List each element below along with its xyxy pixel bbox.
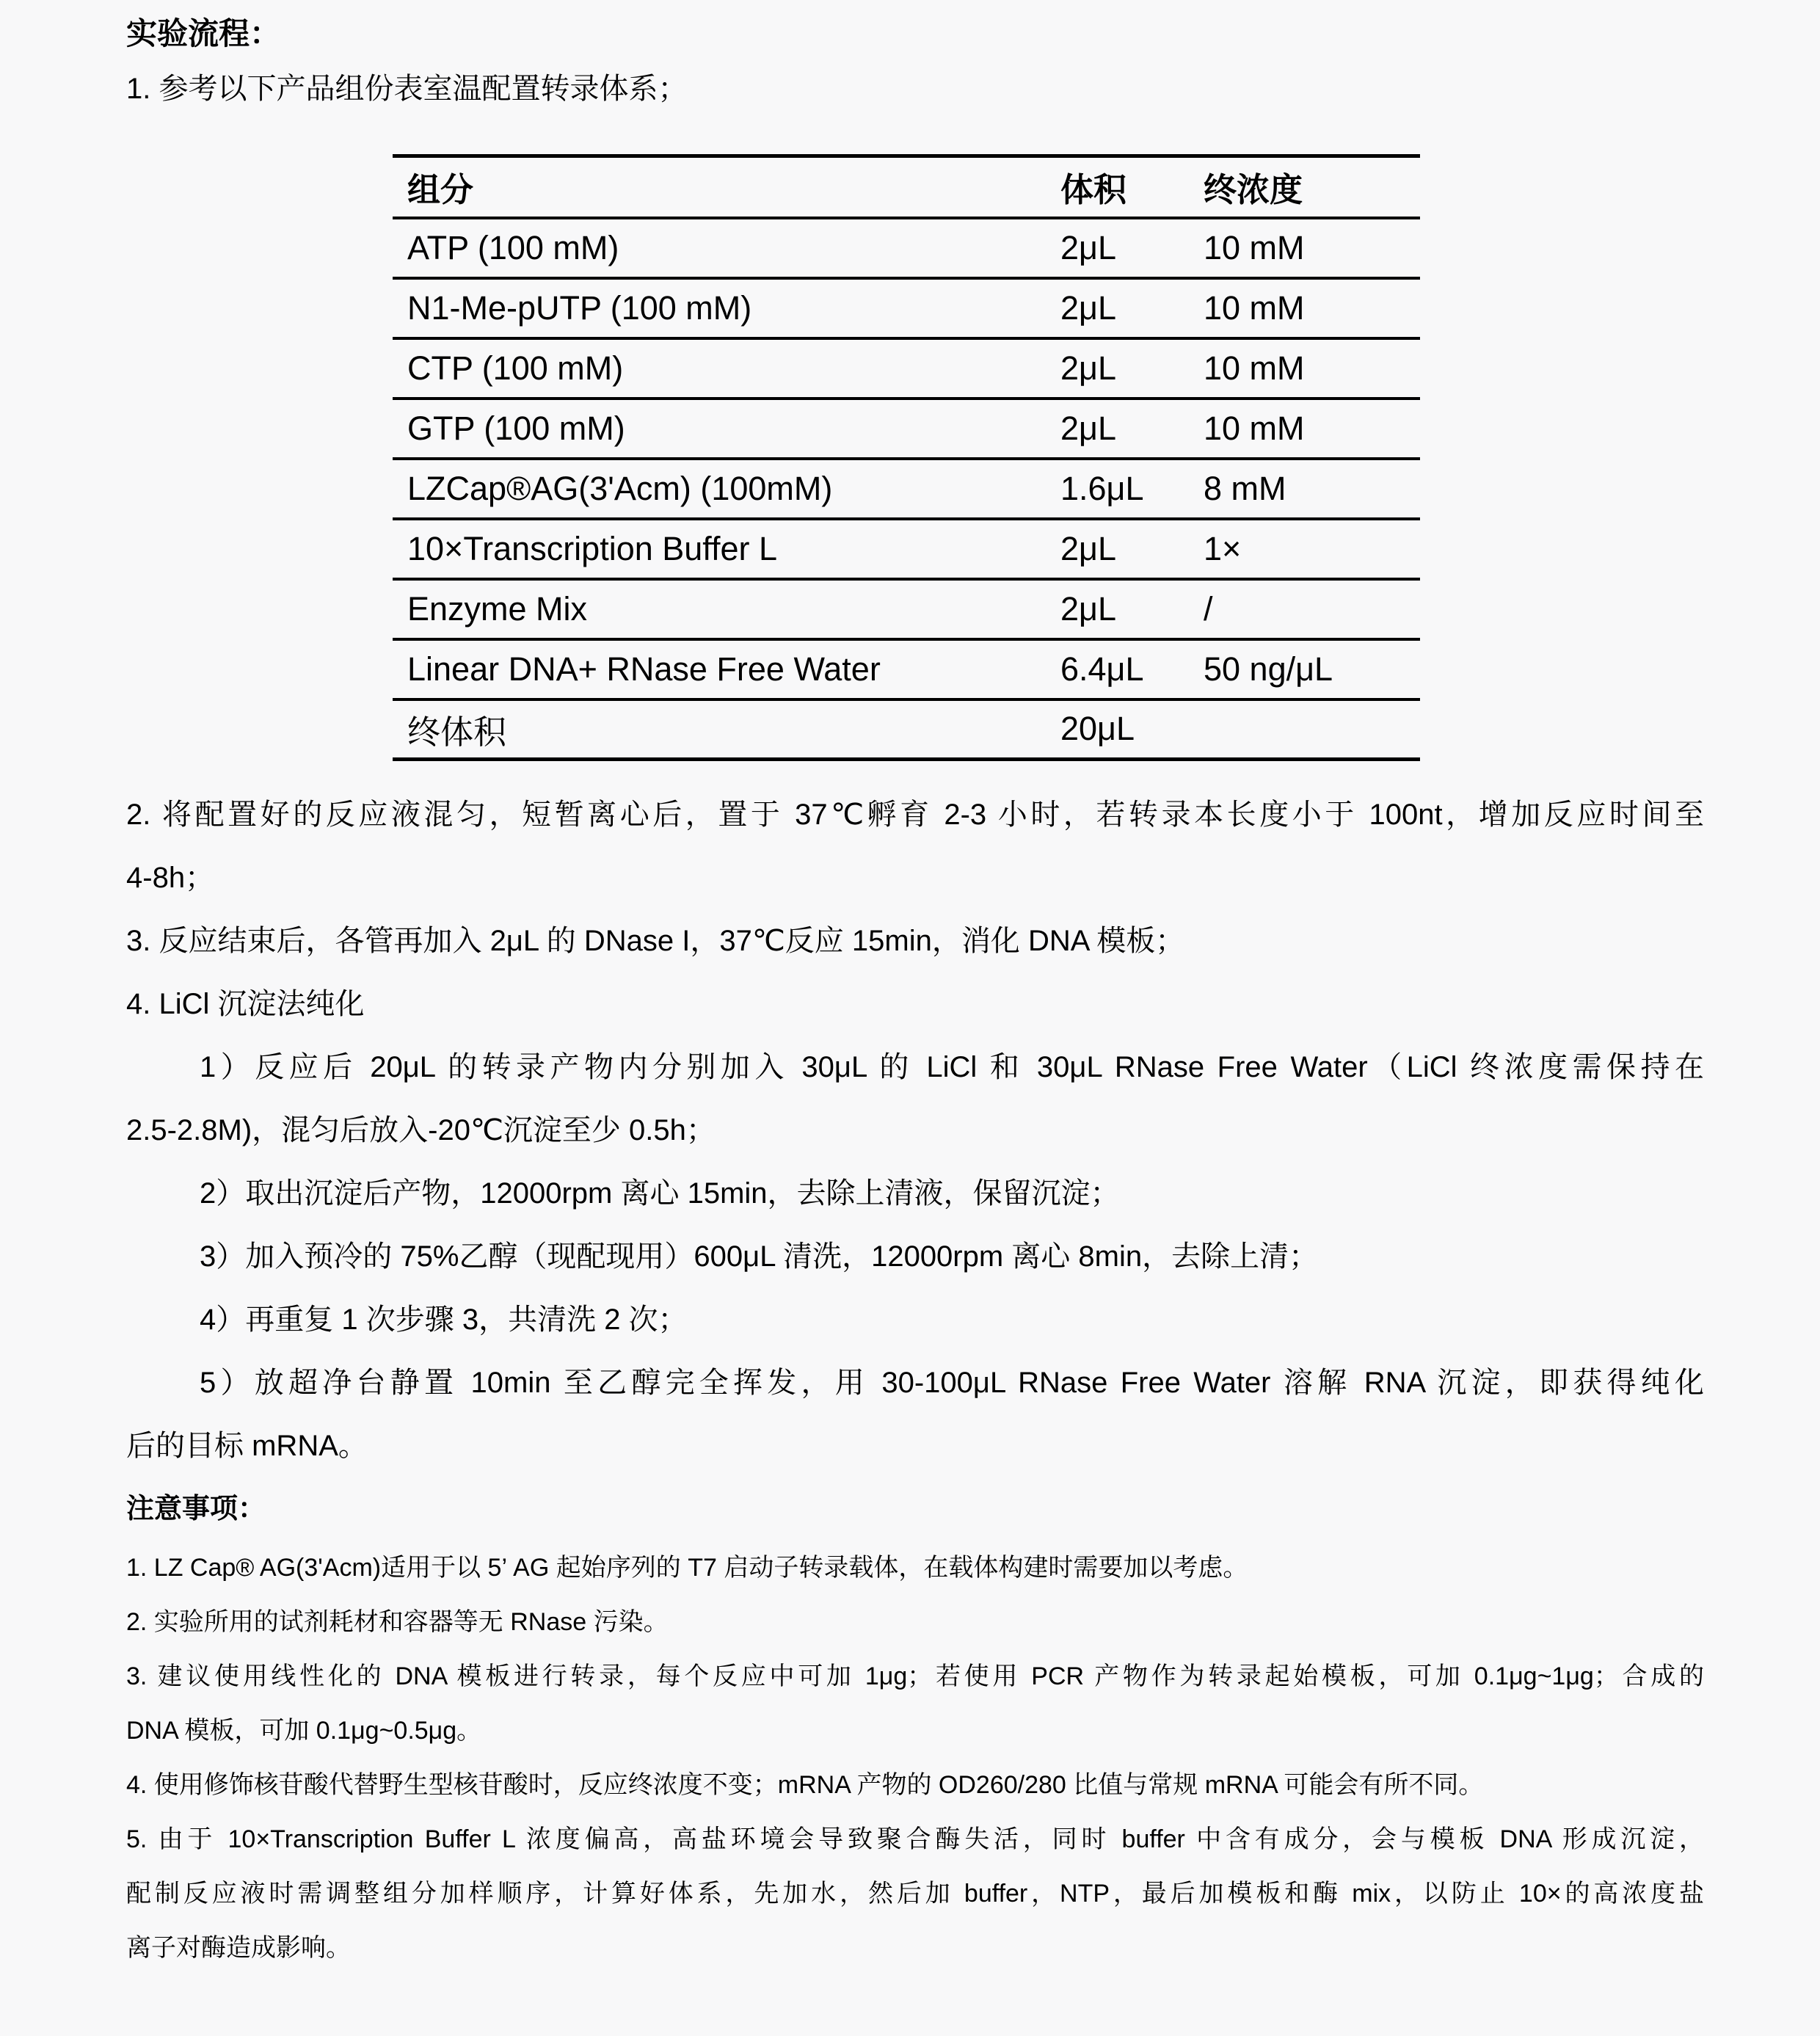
cell-final-concentration: 10 mM (1204, 338, 1420, 399)
cell-component: Linear DNA+ RNase Free Water (393, 639, 1060, 699)
table-row: CTP (100 mM)2μL10 mM (393, 338, 1420, 399)
procedure-heading: 实验流程： (126, 10, 1704, 57)
note-3-line-1: 3. 建议使用线性化的 DNA 模板进行转录，每个反应中可加 1μg；若使用 P… (126, 1649, 1704, 1704)
note-5: 5. 由于 10×Transcription Buffer L 浓度偏高，高盐环… (126, 1812, 1704, 1975)
cell-component: N1-Me-pUTP (100 mM) (393, 278, 1060, 338)
cell-final-concentration: 1× (1204, 519, 1420, 579)
step-2: 2. 将配置好的反应液混匀，短暂离心后，置于 37℃孵育 2-3 小时，若转录本… (126, 783, 1704, 909)
cell-component: CTP (100 mM) (393, 338, 1060, 399)
note-1-line-1: 1. LZ Cap® AG(3'Acm)适用于以 5’ AG 起始序列的 T7 … (126, 1541, 1704, 1595)
cell-component: ATP (100 mM) (393, 218, 1060, 278)
cell-volume: 6.4μL (1060, 639, 1204, 699)
note-4-line-1: 4. 使用修饰核苷酸代替野生型核苷酸时，反应终浓度不变；mRNA 产物的 OD2… (126, 1758, 1704, 1812)
step-3-line-1: 3. 反应结束后，各管再加入 2μL 的 DNase I，37℃反应 15min… (126, 909, 1704, 972)
column-header-component: 组分 (393, 156, 1060, 218)
cell-volume: 2μL (1060, 338, 1204, 399)
table-header-row: 组分 体积 终浓度 (393, 156, 1420, 218)
table-row: LZCap®AG(3'Acm) (100mM)1.6μL8 mM (393, 459, 1420, 519)
cell-volume: 2μL (1060, 278, 1204, 338)
cell-component: 10×Transcription Buffer L (393, 519, 1060, 579)
cell-volume: 1.6μL (1060, 459, 1204, 519)
cell-final-concentration: 10 mM (1204, 218, 1420, 278)
step-1: 1. 参考以下产品组份表室温配置转录体系； (126, 57, 1704, 120)
step-4-sub-2-line-1: 2）取出沉淀后产物，12000rpm 离心 15min，去除上清液，保留沉淀； (126, 1162, 1704, 1225)
procedure-steps: 2. 将配置好的反应液混匀，短暂离心后，置于 37℃孵育 2-3 小时，若转录本… (126, 783, 1704, 1477)
cell-component: LZCap®AG(3'Acm) (100mM) (393, 459, 1060, 519)
note-3-line-2: DNA 模板，可加 0.1μg~0.5μg。 (126, 1704, 1704, 1758)
procedure-steps-pre-table: 1. 参考以下产品组份表室温配置转录体系； (126, 57, 1704, 120)
step-4-sub-1-line-2: 2.5-2.8M)，混匀后放入-20℃沉淀至少 0.5h； (126, 1099, 1704, 1162)
notes-heading: 注意事项： (126, 1477, 1704, 1541)
step-4-sub-1: 1）反应后 20μL 的转录产物内分别加入 30μL 的 LiCl 和 30μL… (126, 1036, 1704, 1162)
step-2-line-1: 2. 将配置好的反应液混匀，短暂离心后，置于 37℃孵育 2-3 小时，若转录本… (126, 783, 1704, 846)
step-4-sub-4: 4）再重复 1 次步骤 3，共清洗 2 次； (126, 1288, 1704, 1351)
notes-list: 1. LZ Cap® AG(3'Acm)适用于以 5’ AG 起始序列的 T7 … (126, 1541, 1704, 1975)
table-row: ATP (100 mM)2μL10 mM (393, 218, 1420, 278)
cell-volume: 2μL (1060, 399, 1204, 459)
step-2-line-2: 4-8h； (126, 846, 1704, 909)
table-row: 终体积20μL (393, 699, 1420, 760)
note-5-line-2: 配制反应液时需调整组分加样顺序，计算好体系，先加水，然后加 buffer，NTP… (126, 1866, 1704, 1921)
column-header-final-concentration: 终浓度 (1204, 156, 1420, 218)
table-row: 10×Transcription Buffer L2μL1× (393, 519, 1420, 579)
cell-component: GTP (100 mM) (393, 399, 1060, 459)
table-row: Enzyme Mix2μL/ (393, 579, 1420, 639)
cell-final-concentration (1204, 699, 1420, 760)
cell-volume: 20μL (1060, 699, 1204, 760)
note-1: 1. LZ Cap® AG(3'Acm)适用于以 5’ AG 起始序列的 T7 … (126, 1541, 1704, 1595)
cell-component: Enzyme Mix (393, 579, 1060, 639)
step-4-sub-5-line-1: 5）放超净台静置 10min 至乙醇完全挥发，用 30-100μL RNase … (126, 1351, 1704, 1414)
step-4-sub-3: 3）加入预冷的 75%乙醇（现配现用）600μL 清洗，12000rpm 离心 … (126, 1225, 1704, 1288)
note-4: 4. 使用修饰核苷酸代替野生型核苷酸时，反应终浓度不变；mRNA 产物的 OD2… (126, 1758, 1704, 1812)
note-5-line-1: 5. 由于 10×Transcription Buffer L 浓度偏高，高盐环… (126, 1812, 1704, 1866)
step-4-sub-2: 2）取出沉淀后产物，12000rpm 离心 15min，去除上清液，保留沉淀； (126, 1162, 1704, 1225)
note-5-line-3: 离子对酶造成影响。 (126, 1921, 1704, 1975)
cell-component: 终体积 (393, 699, 1060, 760)
cell-final-concentration: / (1204, 579, 1420, 639)
table-row: N1-Me-pUTP (100 mM)2μL10 mM (393, 278, 1420, 338)
transcription-reaction-table: 组分 体积 终浓度 ATP (100 mM)2μL10 mMN1-Me-pUTP… (393, 154, 1420, 761)
note-2-line-1: 2. 实验所用的试剂耗材和容器等无 RNase 污染。 (126, 1595, 1704, 1649)
note-2: 2. 实验所用的试剂耗材和容器等无 RNase 污染。 (126, 1595, 1704, 1649)
cell-final-concentration: 50 ng/μL (1204, 639, 1420, 699)
step-4: 4. LiCl 沉淀法纯化 (126, 972, 1704, 1036)
step-3: 3. 反应结束后，各管再加入 2μL 的 DNase I，37℃反应 15min… (126, 909, 1704, 972)
cell-volume: 2μL (1060, 519, 1204, 579)
document-page: 实验流程： 1. 参考以下产品组份表室温配置转录体系； 组分 体积 终浓度 AT… (0, 0, 1820, 2036)
step-4-sub-1-line-1: 1）反应后 20μL 的转录产物内分别加入 30μL 的 LiCl 和 30μL… (126, 1036, 1704, 1099)
note-3: 3. 建议使用线性化的 DNA 模板进行转录，每个反应中可加 1μg；若使用 P… (126, 1649, 1704, 1758)
table-row: GTP (100 mM)2μL10 mM (393, 399, 1420, 459)
step-4-sub-3-line-1: 3）加入预冷的 75%乙醇（现配现用）600μL 清洗，12000rpm 离心 … (126, 1225, 1704, 1288)
step-1-line-1: 1. 参考以下产品组份表室温配置转录体系； (126, 57, 1704, 120)
table-row: Linear DNA+ RNase Free Water6.4μL50 ng/μ… (393, 639, 1420, 699)
cell-final-concentration: 10 mM (1204, 399, 1420, 459)
cell-final-concentration: 10 mM (1204, 278, 1420, 338)
step-4-sub-5: 5）放超净台静置 10min 至乙醇完全挥发，用 30-100μL RNase … (126, 1351, 1704, 1477)
cell-volume: 2μL (1060, 218, 1204, 278)
step-4-line-1: 4. LiCl 沉淀法纯化 (126, 972, 1704, 1036)
step-4-sub-4-line-1: 4）再重复 1 次步骤 3，共清洗 2 次； (126, 1288, 1704, 1351)
step-4-sub-5-line-2: 后的目标 mRNA。 (126, 1414, 1704, 1477)
cell-volume: 2μL (1060, 579, 1204, 639)
column-header-volume: 体积 (1060, 156, 1204, 218)
table-body: ATP (100 mM)2μL10 mMN1-Me-pUTP (100 mM)2… (393, 218, 1420, 760)
cell-final-concentration: 8 mM (1204, 459, 1420, 519)
